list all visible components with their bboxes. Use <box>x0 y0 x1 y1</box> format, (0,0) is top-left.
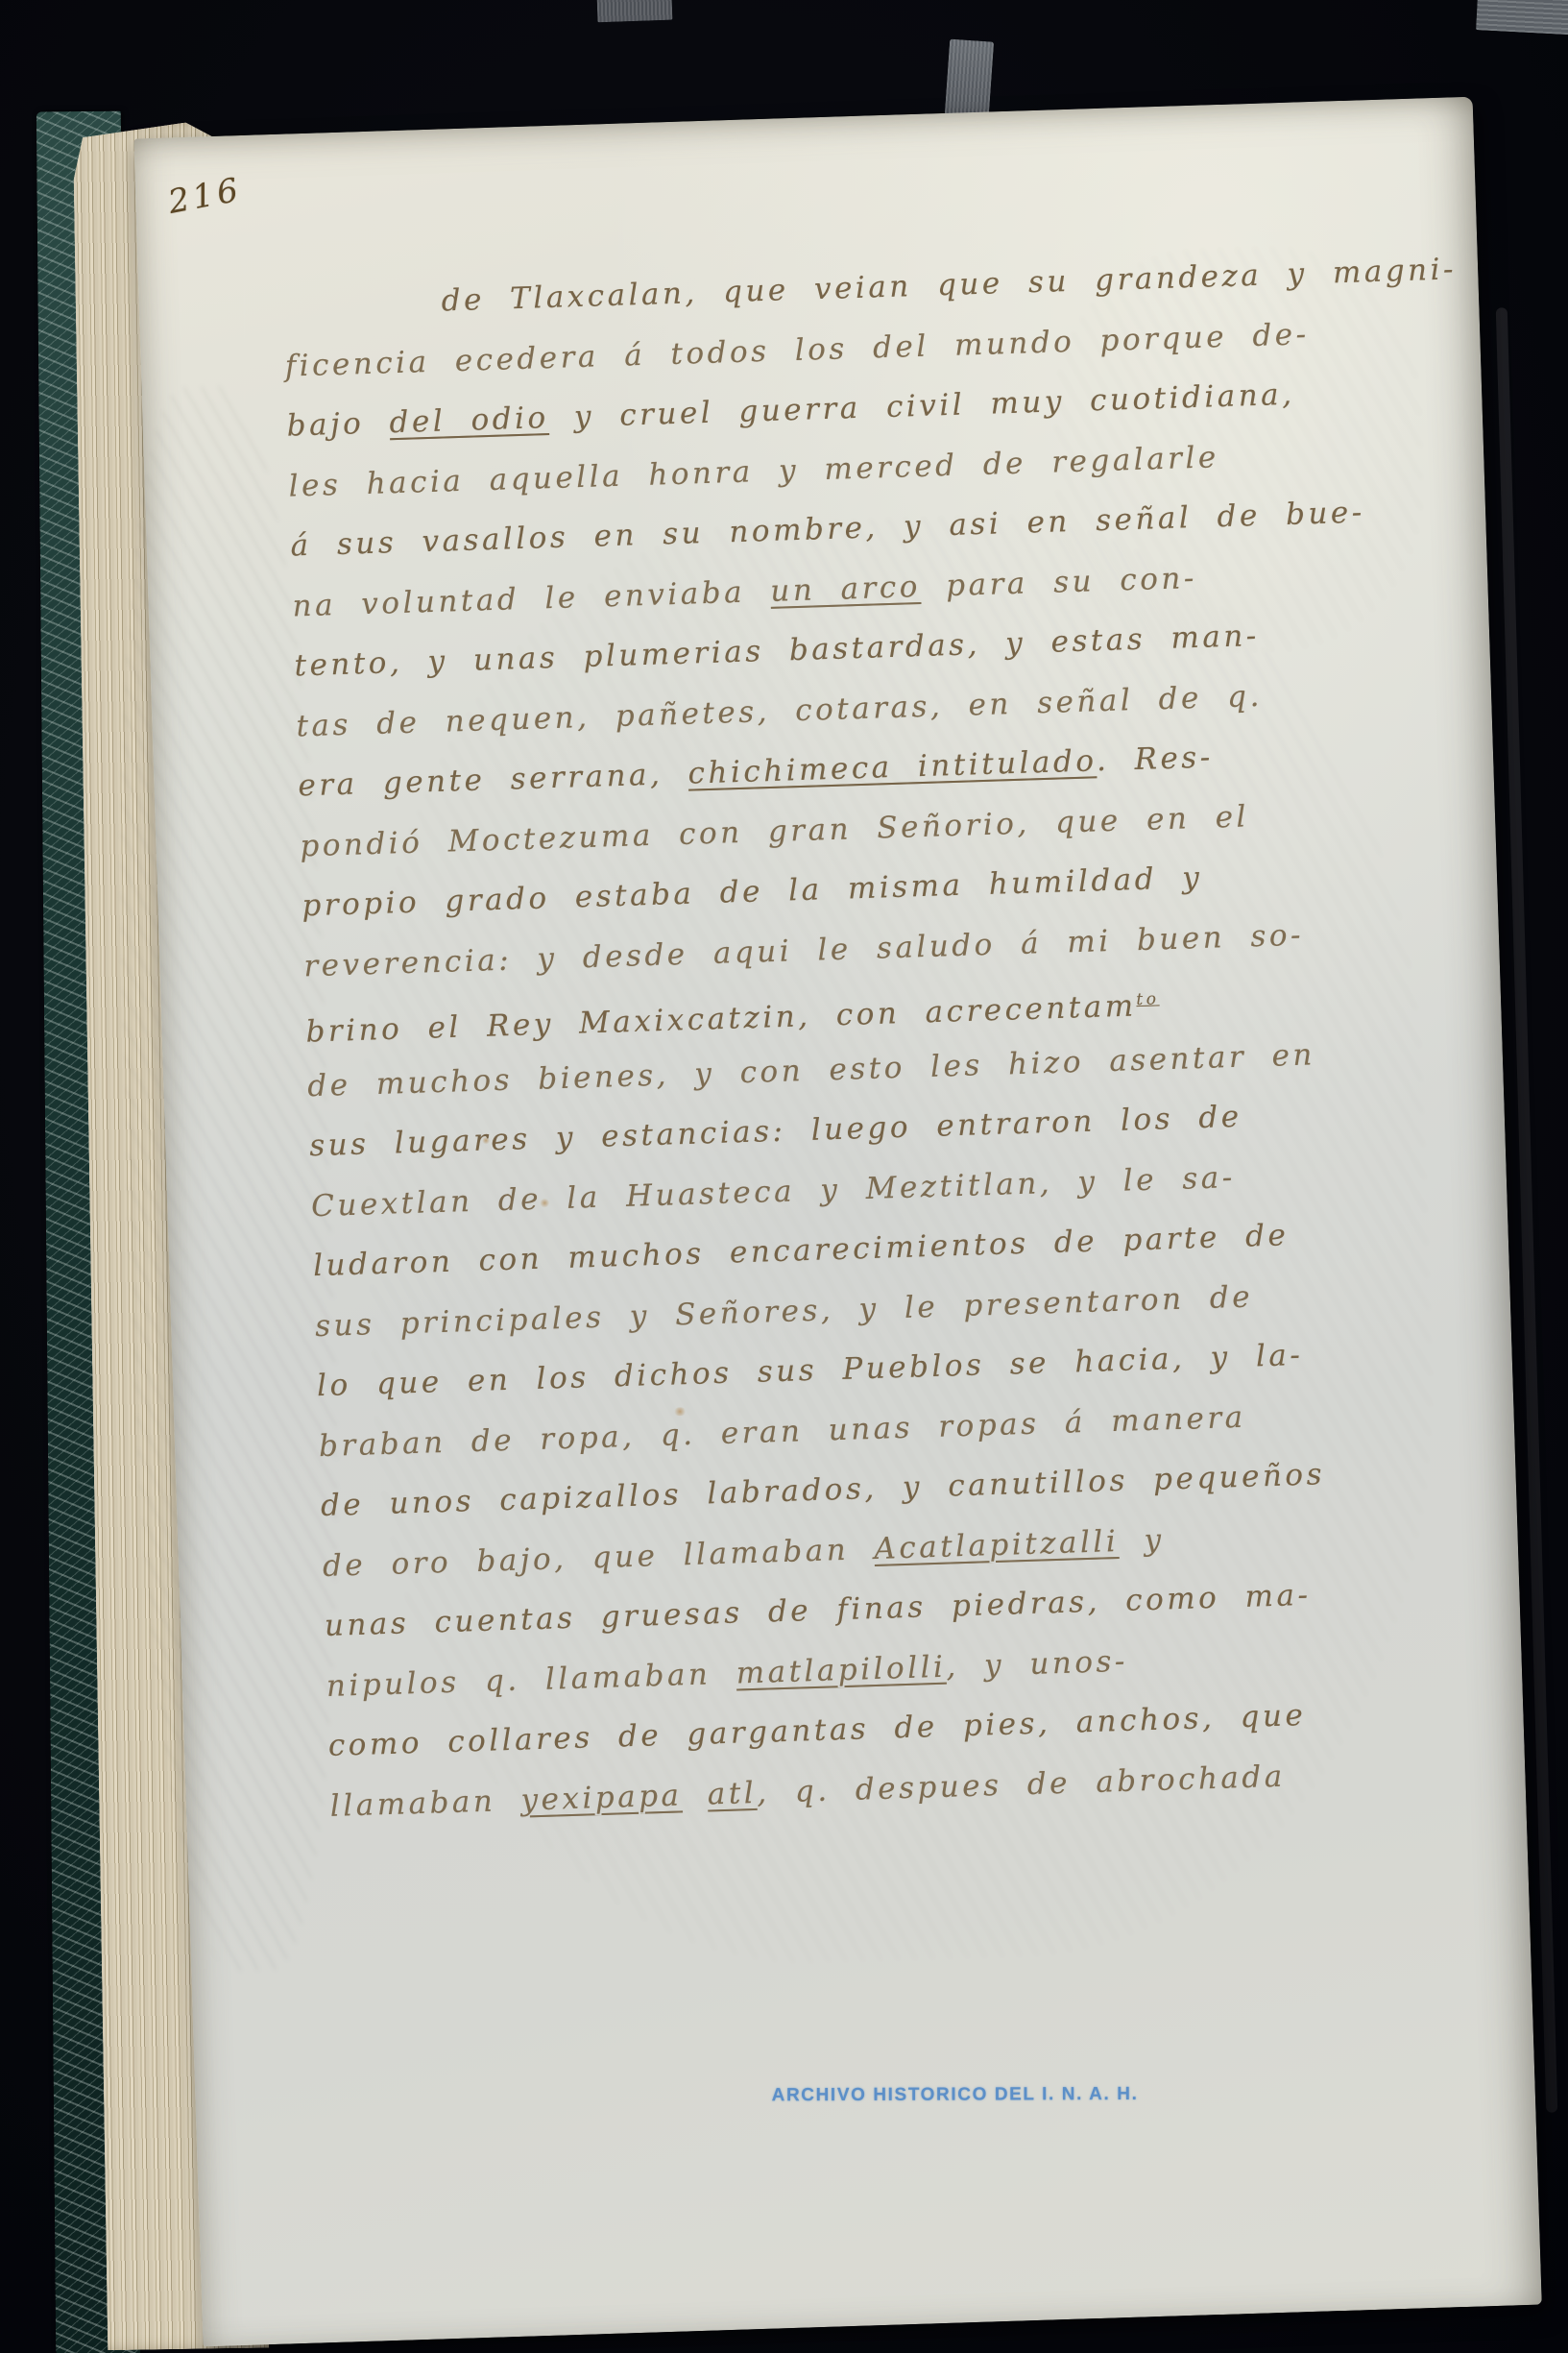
page-number: 216 <box>165 170 245 222</box>
binding-cloth-tab <box>597 0 673 22</box>
underlined-word: chichimeca intitulado <box>688 743 1097 790</box>
handwriting-segment: na voluntad le enviaba <box>292 573 771 623</box>
handwriting-segment: nipulos q. llamaban <box>326 1656 736 1703</box>
handwriting-segment: , y unos- <box>946 1643 1129 1684</box>
underlined-word: atl <box>707 1775 757 1811</box>
handwriting-segment: de oro bajo, que llamaban <box>322 1531 875 1583</box>
handwriting-segment: y <box>1119 1522 1165 1558</box>
handwriting-segment: era gente serrana, <box>298 757 688 804</box>
manuscript-page: 216 de Tlaxcalan, que veian que su grand… <box>133 97 1542 2347</box>
underlined-word: yexipapa <box>520 1778 683 1817</box>
handwriting-segment <box>682 1777 708 1812</box>
underlined-word: del odio <box>389 400 549 440</box>
manuscript-photo: 216 de Tlaxcalan, que veian que su grand… <box>0 0 1568 2353</box>
manuscript-text: de Tlaxcalan, que veian que su grandeza … <box>282 239 1526 1836</box>
binding-headband-cloth <box>1476 0 1568 36</box>
handwriting-segment: y cruel guerra civil muy cuotidiana, <box>548 377 1295 435</box>
handwriting-segment: to <box>1136 989 1160 1009</box>
handwriting-segment: para su con- <box>920 560 1197 603</box>
underlined-word: matlapilolli <box>736 1649 947 1690</box>
handwriting-segment: bajo <box>286 405 390 443</box>
underlined-word: un arco <box>770 569 922 608</box>
handwriting-segment: . Res- <box>1096 740 1214 778</box>
handwriting-segment: , q. despues de abrochada <box>757 1759 1287 1809</box>
handwriting-segment: llamaban <box>329 1783 521 1823</box>
archive-stamp: ARCHIVO HISTORICO DEL I. N. A. H. <box>772 2084 1139 2106</box>
underlined-word: Acatlapitzalli <box>874 1523 1120 1565</box>
